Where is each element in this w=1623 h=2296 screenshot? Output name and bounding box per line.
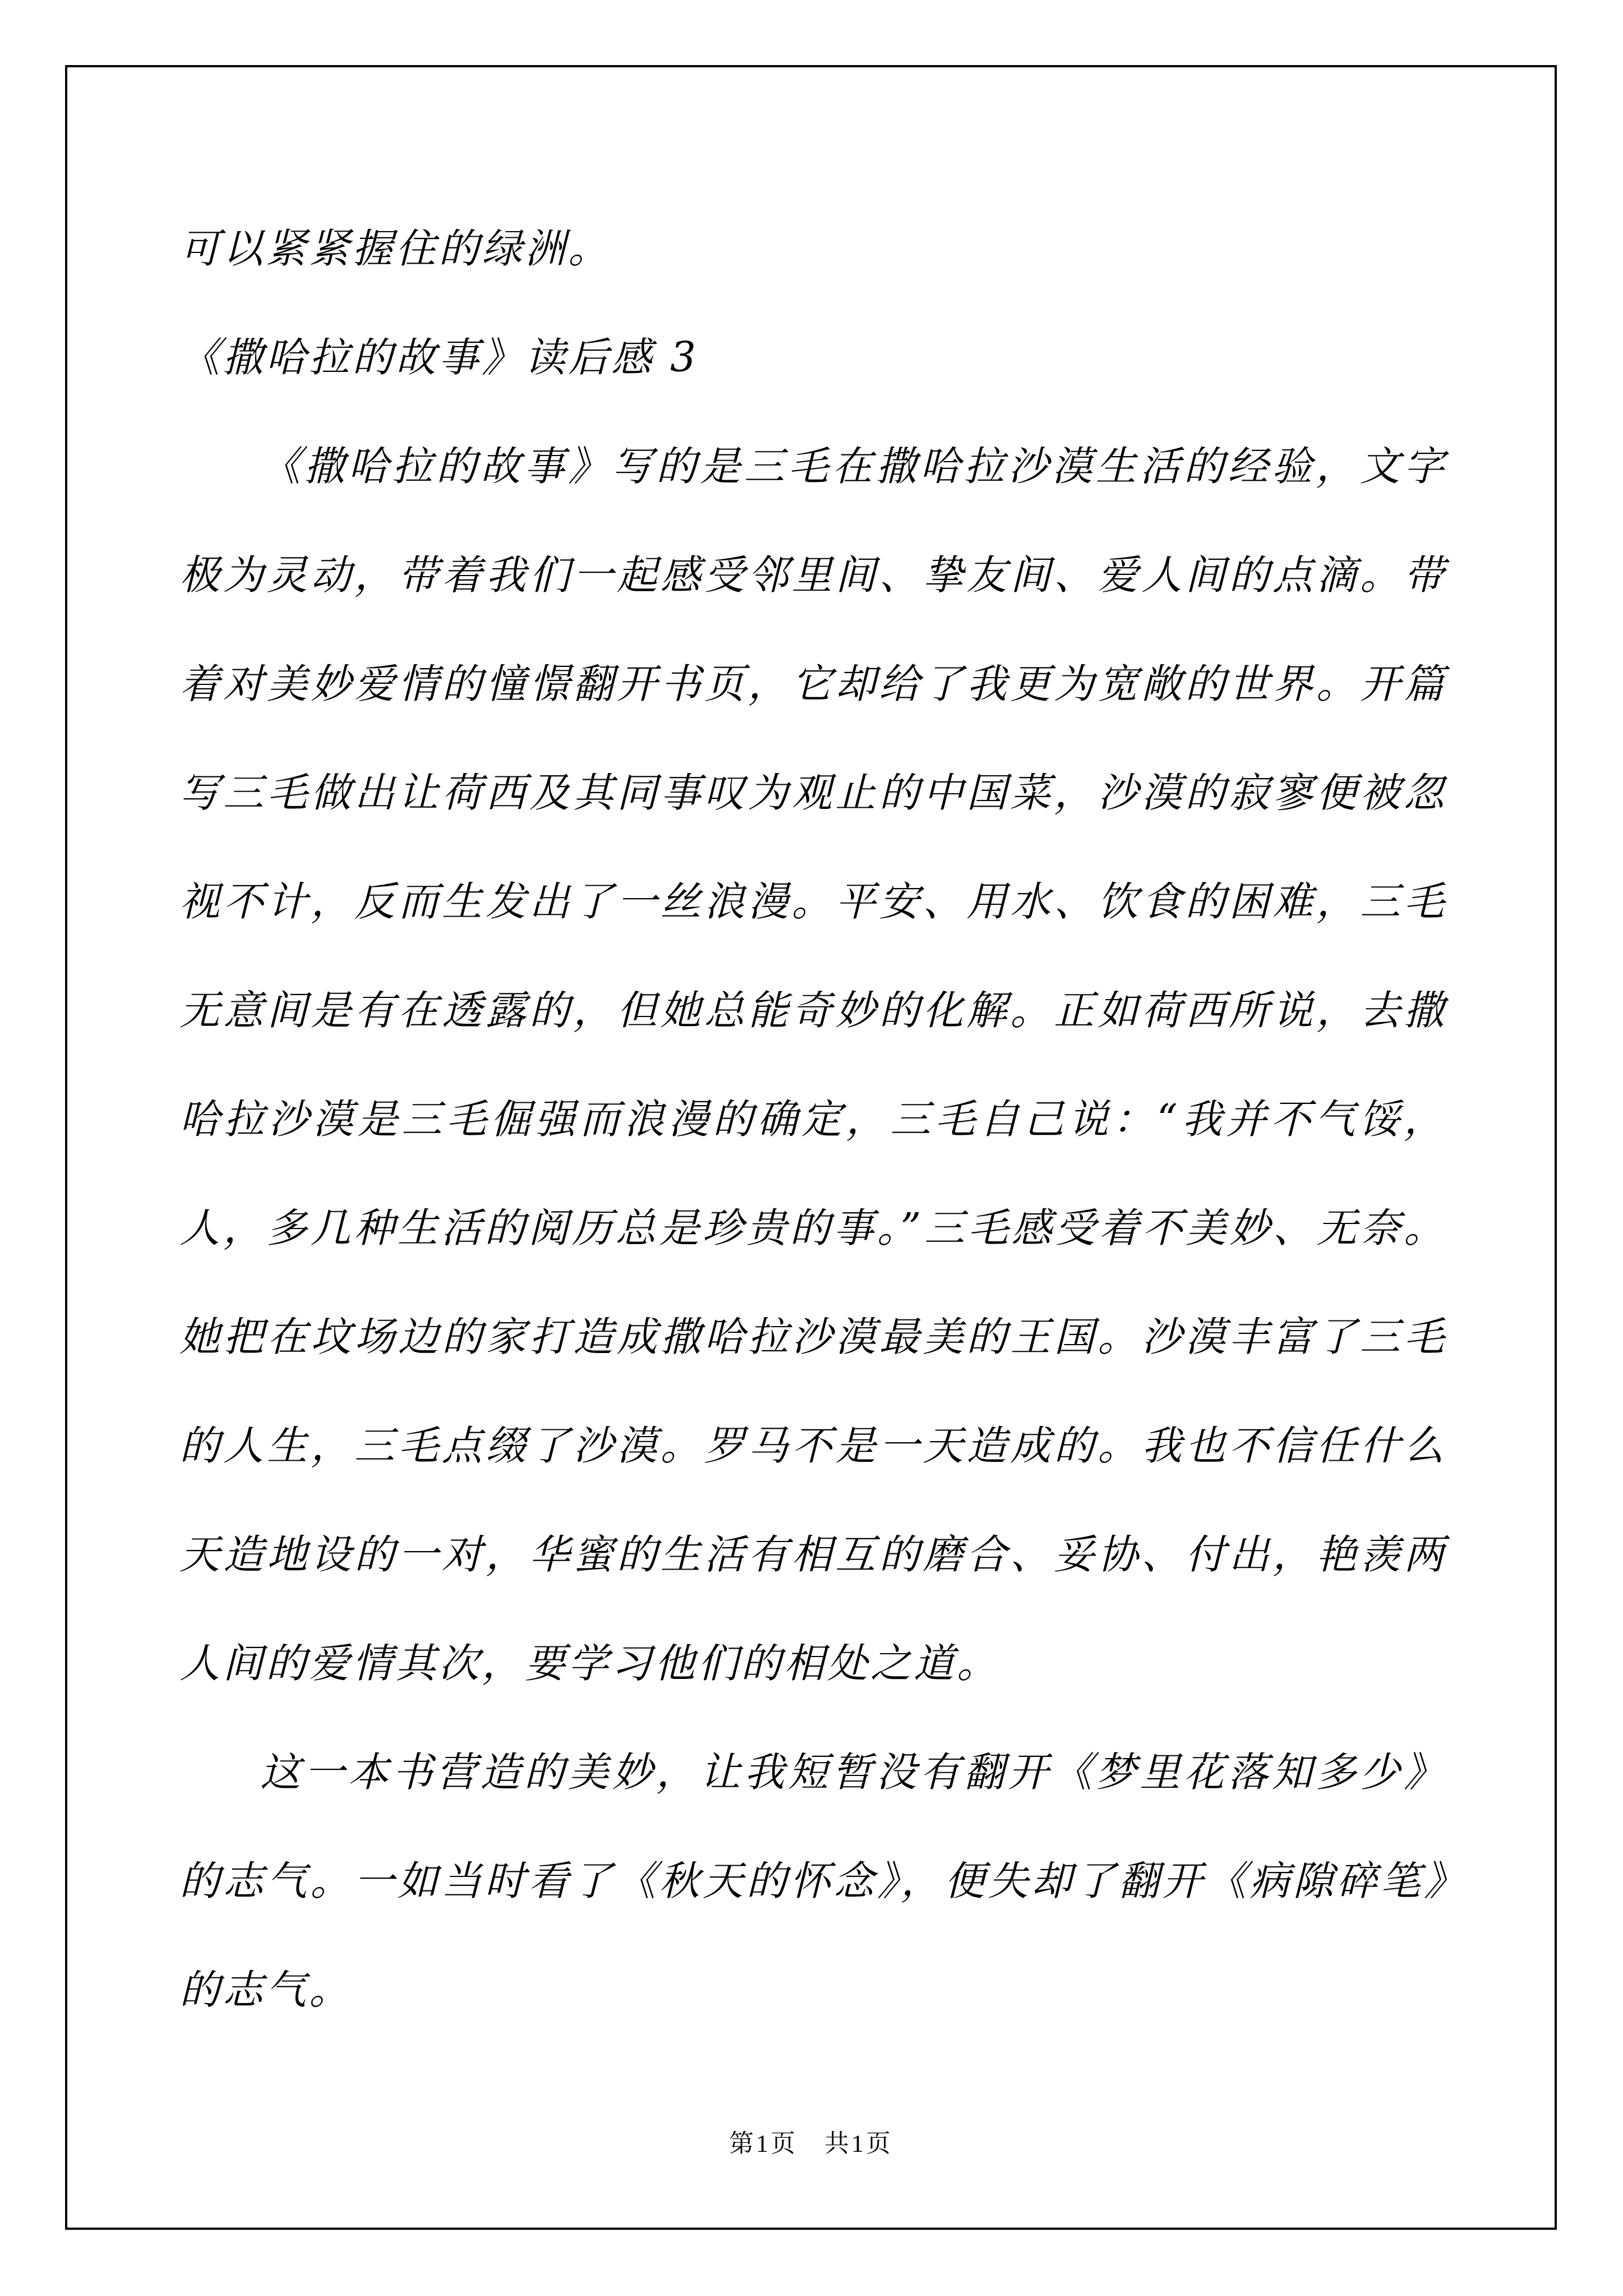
document-page: 可以紧紧握住的绿洲。 《撒哈拉的故事》读后感 3 《撒哈拉的故事》写的是三毛在撒… — [0, 0, 1623, 2296]
page-footer: 第1页 共1页 — [67, 2123, 1555, 2159]
paragraph-continuation: 可以紧紧握住的绿洲。 — [179, 194, 1447, 303]
page-number-text: 第1页 共1页 — [729, 2130, 893, 2157]
paragraph-body-2: 这一本书营造的美妙，让我短暂没有翻开《梦里花落知多少》的志气。一如当时看了《秋天… — [179, 1718, 1447, 2044]
section-heading: 《撒哈拉的故事》读后感 3 — [179, 303, 1447, 412]
paragraph-body-1: 《撒哈拉的故事》写的是三毛在撒哈拉沙漠生活的经验，文字极为灵动，带着我们一起感受… — [179, 412, 1447, 1718]
page-border-frame: 可以紧紧握住的绿洲。 《撒哈拉的故事》读后感 3 《撒哈拉的故事》写的是三毛在撒… — [65, 65, 1557, 2230]
document-body: 可以紧紧握住的绿洲。 《撒哈拉的故事》读后感 3 《撒哈拉的故事》写的是三毛在撒… — [179, 194, 1447, 2044]
